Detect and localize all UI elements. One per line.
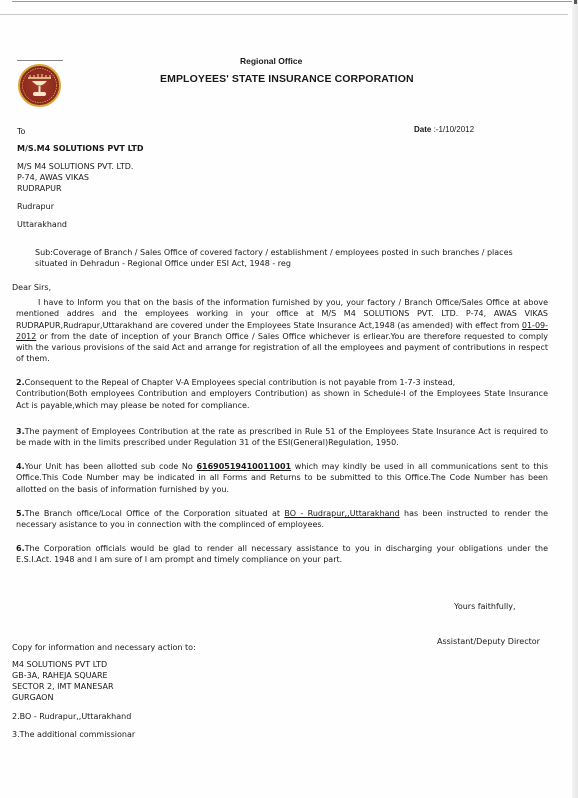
date-value: :-1/10/2012: [434, 125, 474, 134]
sub-code-number: 61690519410011001: [196, 462, 291, 471]
branch-office: BO - Rudrapur,,Uttarakhand: [284, 509, 399, 518]
to-label: To: [17, 126, 25, 137]
recipient-state: Uttarakhand: [17, 219, 67, 230]
scrollbar[interactable]: [572, 0, 578, 798]
recipient-name: M/S.M4 SOLUTIONS PVT LTD: [17, 143, 144, 154]
esic-emblem-icon: [18, 64, 61, 107]
address-line: P-74, AWAS VIKAS: [17, 172, 89, 183]
copy-address-line: SECTOR 2, IMT MANESAR: [12, 681, 114, 692]
letter-date: Date :-1/10/2012: [414, 125, 474, 134]
closing-yours: Yours faithfully,: [454, 601, 516, 612]
paragraph-1: I have to Inform you that on the basis o…: [16, 297, 548, 365]
paragraph-5: 5.The Branch office/Local Office of the …: [16, 508, 548, 531]
top-border-line: [12, 1, 572, 2]
paragraph-4: 4.Your Unit has been allotted sub code N…: [16, 461, 548, 495]
paragraph-2: 2.Consequent to the Repeal of Chapter V-…: [16, 377, 548, 411]
salutation: Dear Sirs,: [12, 282, 51, 293]
address-line: RUDRAPUR: [17, 183, 62, 194]
copy-address-line: GB-3A, RAHEJA SQUARE: [12, 670, 108, 681]
regional-office-heading: Regional Office: [240, 56, 302, 66]
date-label: Date: [414, 125, 431, 134]
paragraph-3: 3.The payment of Employees Contribution …: [16, 426, 548, 449]
letter-page: Regional Office EMPLOYEES' STATE INSURAN…: [0, 0, 578, 798]
copy-address-line: M4 SOLUTIONS PVT LTD: [12, 659, 107, 670]
signatory-designation: Assistant/Deputy Director: [437, 636, 540, 647]
copy-address-line: GURGAON: [12, 692, 53, 703]
paragraph-6: 6.The Corporation officials would be gla…: [16, 543, 548, 566]
subject-line-1: Sub:Coverage of Branch / Sales Office of…: [35, 247, 513, 258]
copy-item-3: 3.The additional commissionar: [12, 729, 135, 740]
header-rule: [0, 14, 568, 15]
logo-rule: [17, 60, 63, 61]
address-line: M/S M4 SOLUTIONS PVT. LTD.: [17, 161, 133, 172]
corporation-title: EMPLOYEES' STATE INSURANCE CORPORATION: [160, 73, 414, 85]
copy-item-2: 2.BO - Rudrapur,,Uttarakhand: [12, 711, 131, 722]
copy-to-heading: Copy for information and necessary actio…: [12, 642, 196, 653]
scrollbar-thumb[interactable]: [574, 0, 577, 4]
lamp-icon: [20, 66, 59, 105]
recipient-city: Rudrapur: [17, 201, 54, 212]
subject-line-2: situated in Dehradun - Regional Office u…: [35, 258, 291, 269]
